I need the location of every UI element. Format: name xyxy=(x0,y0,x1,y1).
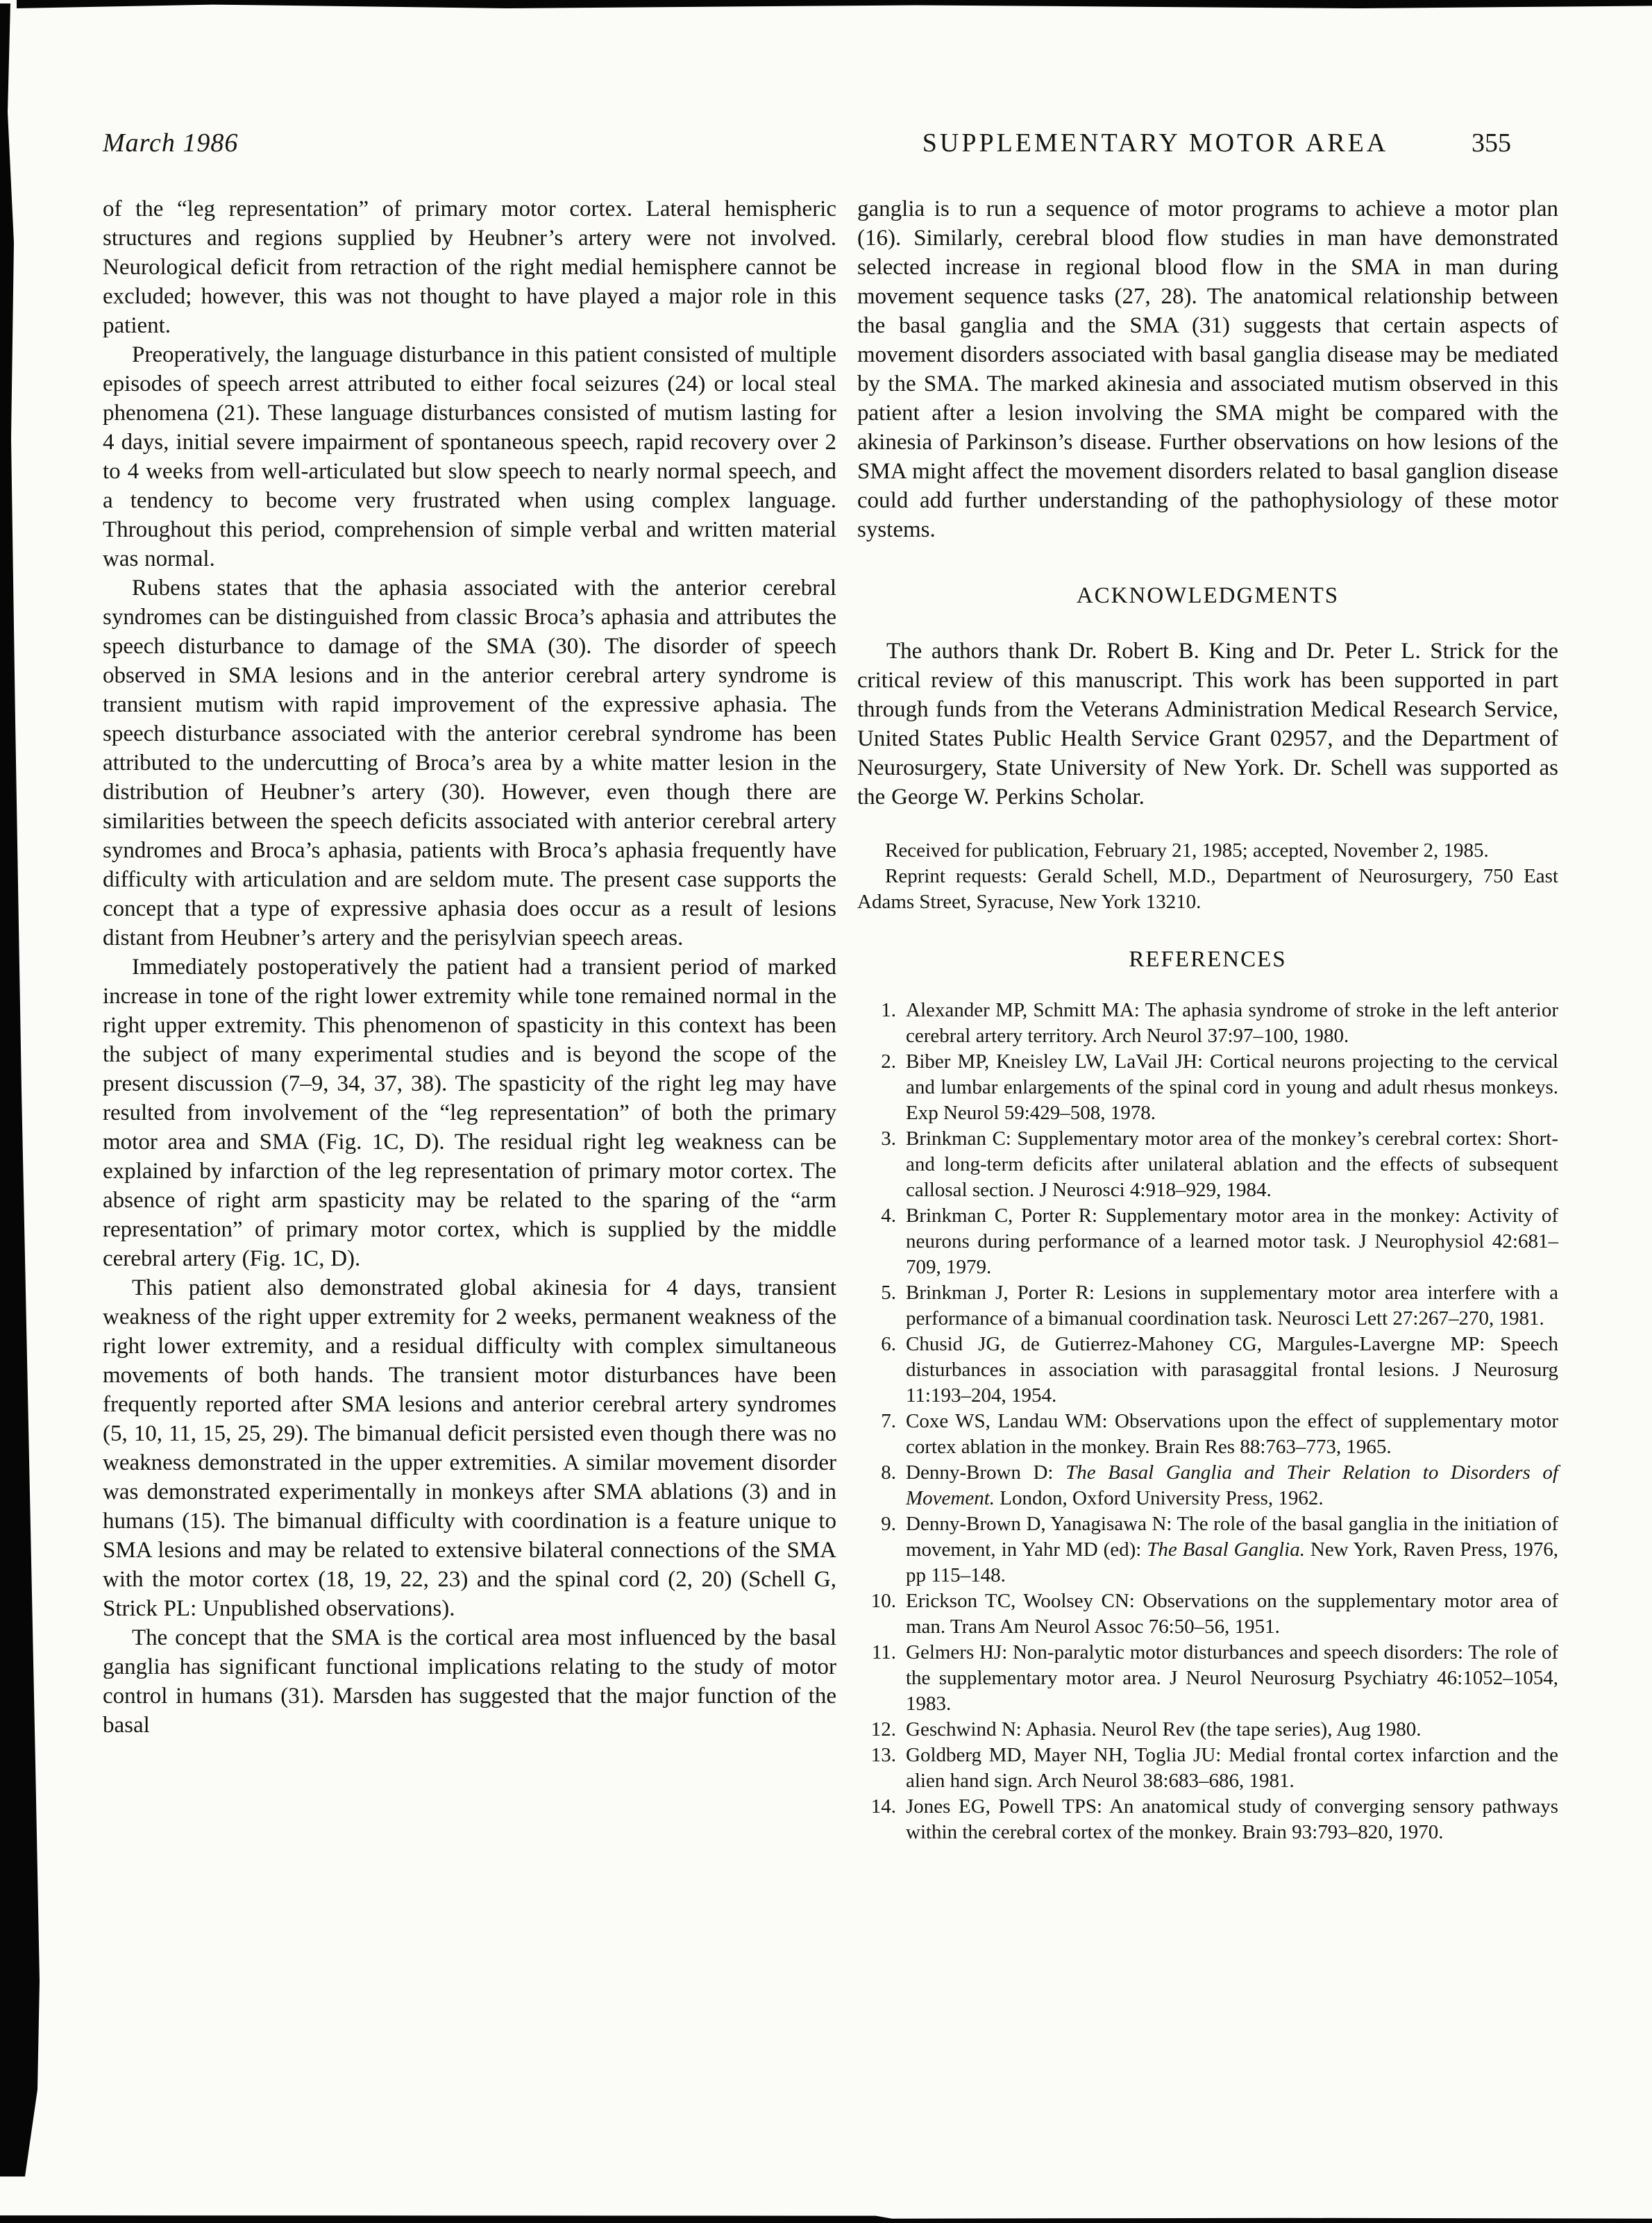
acknowledgments-paragraph: The authors thank Dr. Robert B. King and… xyxy=(857,637,1558,812)
page-number: 355 xyxy=(1472,129,1511,158)
reference-text: Geschwind N: Aphasia. Neurol Rev (the ta… xyxy=(906,1717,1558,1743)
reference-item: 1.Alexander MP, Schmitt MA: The aphasia … xyxy=(857,998,1558,1049)
reference-item: 5.Brinkman J, Porter R: Lesions in suppl… xyxy=(857,1280,1558,1332)
reference-text: Brinkman C, Porter R: Supplementary moto… xyxy=(906,1203,1558,1280)
reference-number: 9. xyxy=(857,1511,906,1588)
reference-text: Denny-Brown D: The Basal Ganglia and The… xyxy=(906,1460,1558,1511)
reference-text: Denny-Brown D, Yanagisawa N: The role of… xyxy=(906,1511,1558,1588)
body-paragraph: Rubens states that the aphasia associate… xyxy=(103,573,836,953)
references-heading: REFERENCES xyxy=(857,947,1558,973)
reference-text: Jones EG, Powell TPS: An anatomical stud… xyxy=(906,1794,1558,1845)
reference-item: 8.Denny-Brown D: The Basal Ganglia and T… xyxy=(857,1460,1558,1511)
reference-number: 4. xyxy=(857,1203,906,1280)
reference-text: Biber MP, Kneisley LW, LaVail JH: Cortic… xyxy=(906,1049,1558,1126)
reference-item: 13.Goldberg MD, Mayer NH, Toglia JU: Med… xyxy=(857,1743,1558,1794)
reference-item: 3.Brinkman C: Supplementary motor area o… xyxy=(857,1126,1558,1203)
right-column-paragraphs: ganglia is to run a sequence of motor pr… xyxy=(857,194,1558,544)
reference-number: 5. xyxy=(857,1280,906,1332)
issue-date: March 1986 xyxy=(103,129,836,158)
acknowledgments-heading: ACKNOWLEDGMENTS xyxy=(857,583,1558,609)
reference-item: 11.Gelmers HJ: Non-paralytic motor distu… xyxy=(857,1640,1558,1717)
body-paragraph: This patient also demonstrated global ak… xyxy=(103,1273,836,1623)
reference-item: 2.Biber MP, Kneisley LW, LaVail JH: Cort… xyxy=(857,1049,1558,1126)
reference-item: 6.Chusid JG, de Gutierrez-Mahoney CG, Ma… xyxy=(857,1332,1558,1409)
body-paragraph: Immediately postoperatively the patient … xyxy=(103,953,836,1273)
left-column: of the “leg representation” of primary m… xyxy=(103,194,836,1845)
running-head: March 1986 SUPPLEMENTARY MOTOR AREA 355 xyxy=(103,129,1558,158)
reference-number: 2. xyxy=(857,1049,906,1126)
running-head-right: SUPPLEMENTARY MOTOR AREA 355 xyxy=(836,129,1558,158)
reference-number: 12. xyxy=(857,1717,906,1743)
reference-item: 12.Geschwind N: Aphasia. Neurol Rev (the… xyxy=(857,1717,1558,1743)
reference-number: 14. xyxy=(857,1794,906,1845)
reference-number: 13. xyxy=(857,1743,906,1794)
reference-item: 9.Denny-Brown D, Yanagisawa N: The role … xyxy=(857,1511,1558,1588)
references-list: 1.Alexander MP, Schmitt MA: The aphasia … xyxy=(857,998,1558,1845)
right-column: ganglia is to run a sequence of motor pr… xyxy=(857,194,1558,1845)
reference-text: Erickson TC, Woolsey CN: Observations on… xyxy=(906,1588,1558,1640)
reference-text: Brinkman J, Porter R: Lesions in supplem… xyxy=(906,1280,1558,1332)
reference-number: 11. xyxy=(857,1640,906,1717)
body-paragraph: Preoperatively, the language disturbance… xyxy=(103,340,836,573)
reference-number: 10. xyxy=(857,1588,906,1640)
reference-item: 10.Erickson TC, Woolsey CN: Observations… xyxy=(857,1588,1558,1640)
publication-note: Reprint requests: Gerald Schell, M.D., D… xyxy=(857,864,1558,915)
reference-number: 7. xyxy=(857,1409,906,1460)
publication-notes: Received for publication, February 21, 1… xyxy=(857,838,1558,915)
article-body: of the “leg representation” of primary m… xyxy=(103,194,1558,1845)
body-paragraph: ganglia is to run a sequence of motor pr… xyxy=(857,194,1558,544)
reference-number: 1. xyxy=(857,998,906,1049)
reference-text: Chusid JG, de Gutierrez-Mahoney CG, Marg… xyxy=(906,1332,1558,1409)
reference-text: Alexander MP, Schmitt MA: The aphasia sy… xyxy=(906,998,1558,1049)
scan-edge-bottom xyxy=(0,2213,1652,2223)
scan-edge-left xyxy=(0,3,40,2176)
reference-number: 6. xyxy=(857,1332,906,1409)
running-title: SUPPLEMENTARY MOTOR AREA xyxy=(857,129,1453,158)
publication-note: Received for publication, February 21, 1… xyxy=(857,838,1558,864)
journal-page: March 1986 SUPPLEMENTARY MOTOR AREA 355 … xyxy=(0,0,1652,2223)
reference-text: Coxe WS, Landau WM: Observations upon th… xyxy=(906,1409,1558,1460)
reference-item: 7.Coxe WS, Landau WM: Observations upon … xyxy=(857,1409,1558,1460)
reference-number: 8. xyxy=(857,1460,906,1511)
body-paragraph: The concept that the SMA is the cortical… xyxy=(103,1623,836,1740)
reference-text: Gelmers HJ: Non-paralytic motor disturba… xyxy=(906,1640,1558,1717)
body-paragraph: of the “leg representation” of primary m… xyxy=(103,194,836,340)
reference-number: 3. xyxy=(857,1126,906,1203)
reference-item: 4.Brinkman C, Porter R: Supplementary mo… xyxy=(857,1203,1558,1280)
reference-text: Brinkman C: Supplementary motor area of … xyxy=(906,1126,1558,1203)
reference-item: 14.Jones EG, Powell TPS: An anatomical s… xyxy=(857,1794,1558,1845)
reference-text: Goldberg MD, Mayer NH, Toglia JU: Medial… xyxy=(906,1743,1558,1794)
scan-edge-top xyxy=(17,0,1652,8)
